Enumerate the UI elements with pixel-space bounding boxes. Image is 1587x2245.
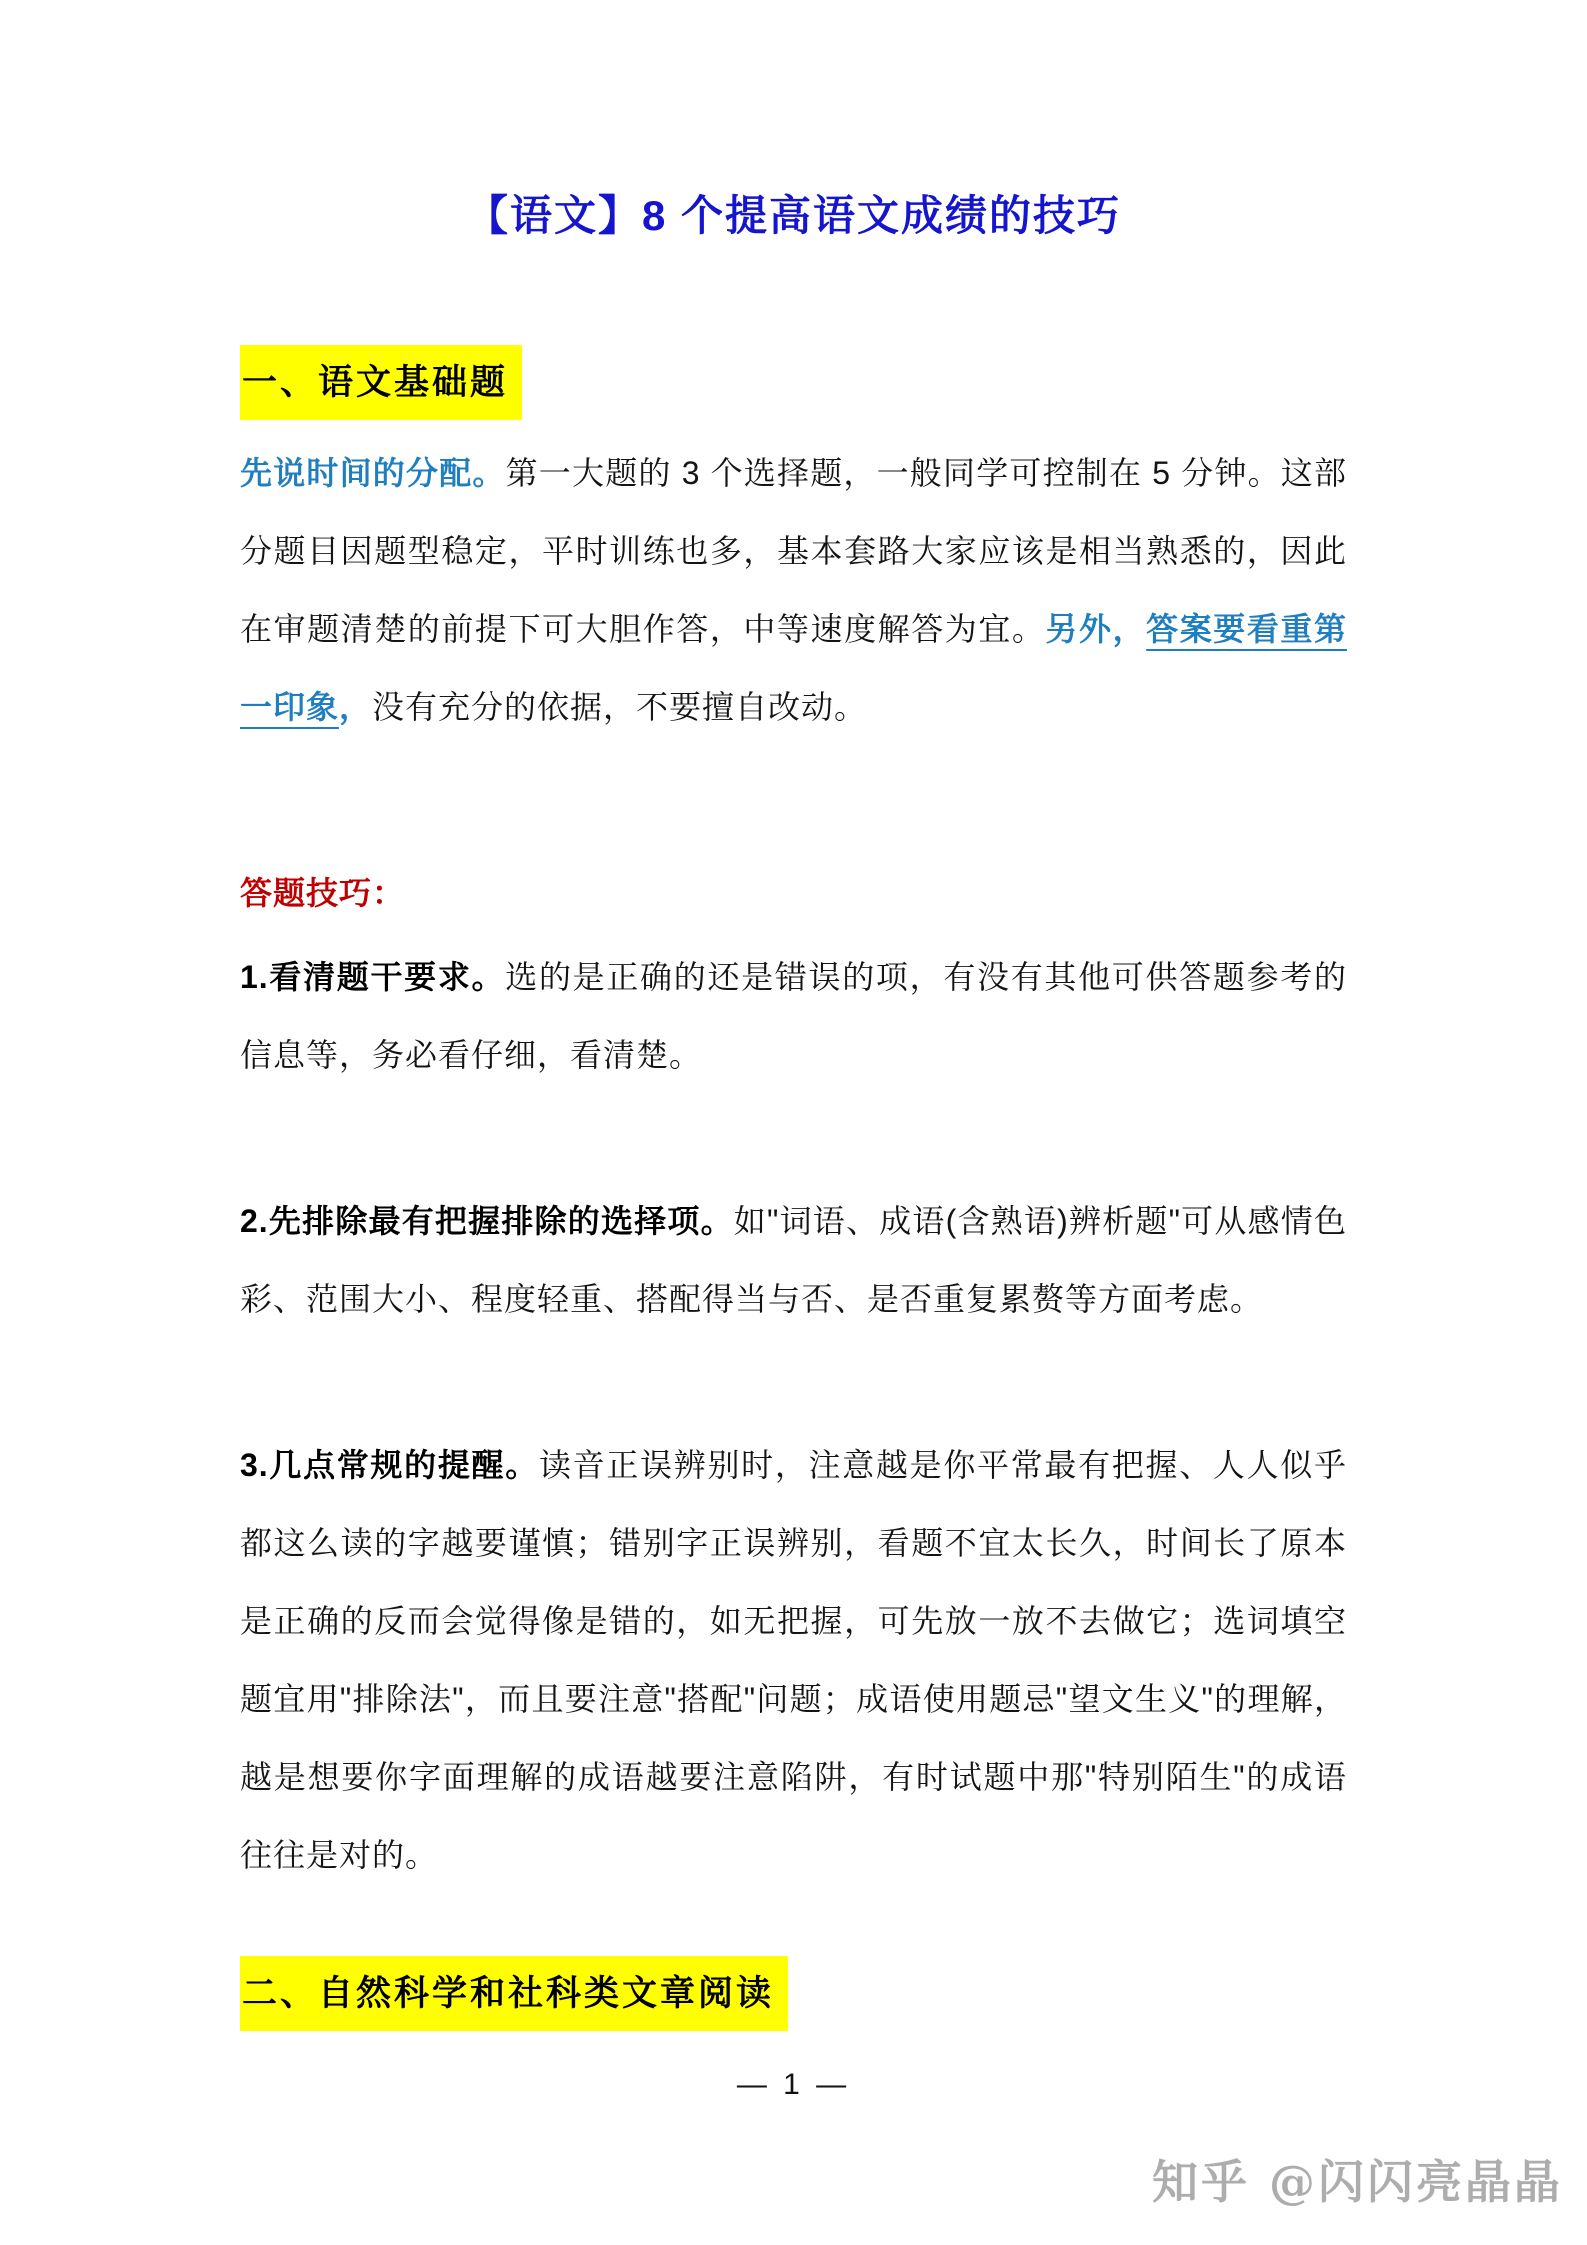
answer-tips-label: 答题技巧： (240, 854, 1347, 932)
document-page: 【语文】8 个提高语文成绩的技巧 一、语文基础题 先说时间的分配。第一大题的 3… (0, 0, 1587, 2245)
tip-item-2: 2.先排除最有把握排除的选择项。如"词语、成语(含熟语)辨析题"可从感情色彩、范… (240, 1182, 1347, 1338)
document-title: 【语文】8 个提高语文成绩的技巧 (240, 185, 1347, 247)
tip-1-lead: 1.看清题干要求。 (240, 959, 505, 995)
tip-2-lead: 2.先排除最有把握排除的选择项。 (240, 1203, 734, 1239)
zhihu-watermark: 知乎 @闪闪亮晶晶 (1152, 2146, 1563, 2212)
tip-3-lead: 3.几点常规的提醒。 (240, 1447, 539, 1483)
section-2-highlighted-title: 二、自然科学和社科类文章阅读 (240, 1956, 788, 2031)
section-heading-2: 二、自然科学和社科类文章阅读 (240, 1956, 1347, 2031)
lead-emphasis-blue: 先说时间的分配。 (240, 455, 506, 491)
section-heading-1: 一、语文基础题 (240, 345, 1347, 420)
tip-3-text: 读音正误辨别时，注意越是你平常最有把握、人人似乎都这么读的字越要谨慎；错别字正误… (240, 1447, 1347, 1873)
paragraph-tail-text: 没有充分的依据，不要擅自改动。 (372, 689, 867, 725)
document-content: 【语文】8 个提高语文成绩的技巧 一、语文基础题 先说时间的分配。第一大题的 3… (0, 0, 1587, 2031)
section-1-highlighted-title: 一、语文基础题 (240, 345, 522, 420)
tip-item-1: 1.看清题干要求。选的是正确的还是错误的项，有没有其他可供答题参考的信息等，务必… (240, 938, 1347, 1094)
inline-emphasis-blue: 另外， (1045, 611, 1146, 647)
tip-item-3: 3.几点常规的提醒。读音正误辨别时，注意越是你平常最有把握、人人似乎都这么读的字… (240, 1426, 1347, 1894)
page-number: — 1 — (0, 2068, 1587, 2102)
inline-emphasis-comma: ， (339, 689, 372, 725)
paragraph-time-allocation: 先说时间的分配。第一大题的 3 个选择题，一般同学可控制在 5 分钟。这部分题目… (240, 434, 1347, 746)
